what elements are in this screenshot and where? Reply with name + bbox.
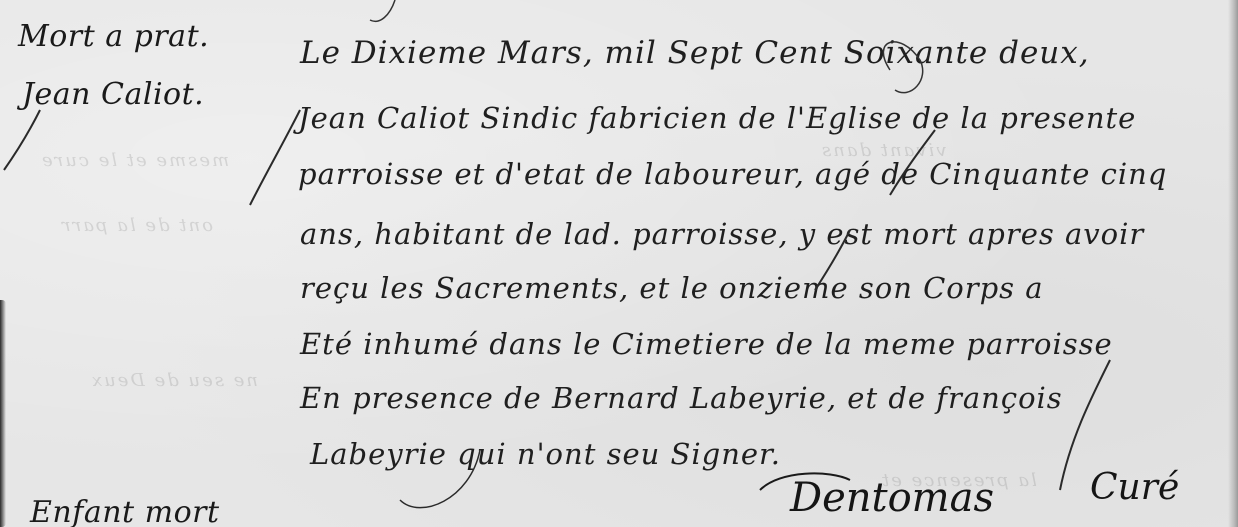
body-line-5: reçu les Sacrements, et le onzieme son C… — [300, 274, 1044, 303]
priest-signature: Dentomas — [790, 478, 994, 518]
margin-next-entry: Enfant mort — [30, 498, 220, 527]
priest-title: Curé — [1090, 470, 1179, 506]
body-line-6: Eté inhumé dans le Cimetiere de la meme … — [300, 330, 1113, 359]
page-binding-edge — [1228, 0, 1238, 527]
page-edge-shadow — [0, 300, 6, 527]
register-page: mesme et le cure ont de la parr ne seu d… — [0, 0, 1238, 527]
bleed-through-text: mesme et le cure — [40, 150, 229, 171]
body-line-1: Le Dixieme Mars, mil Sept Cent Soixante … — [300, 38, 1090, 69]
bleed-through-text: ont de la parr — [60, 215, 213, 236]
body-line-4: ans, habitant de lad. parroisse, y est m… — [300, 220, 1144, 249]
body-line-2: Jean Caliot Sindic fabricien de l'Eglise… — [298, 104, 1136, 133]
body-line-3: parroisse et d'etat de laboureur, agé de… — [298, 160, 1167, 189]
body-line-8: Labeyrie qui n'ont seu Signer. — [310, 440, 781, 469]
margin-heading: Mort a prat. — [18, 22, 209, 52]
bleed-through-text: ne seu de Deux — [90, 370, 258, 391]
body-line-7: En presence de Bernard Labeyrie, et de f… — [300, 384, 1063, 413]
margin-name: Jean Caliot. — [22, 80, 204, 110]
